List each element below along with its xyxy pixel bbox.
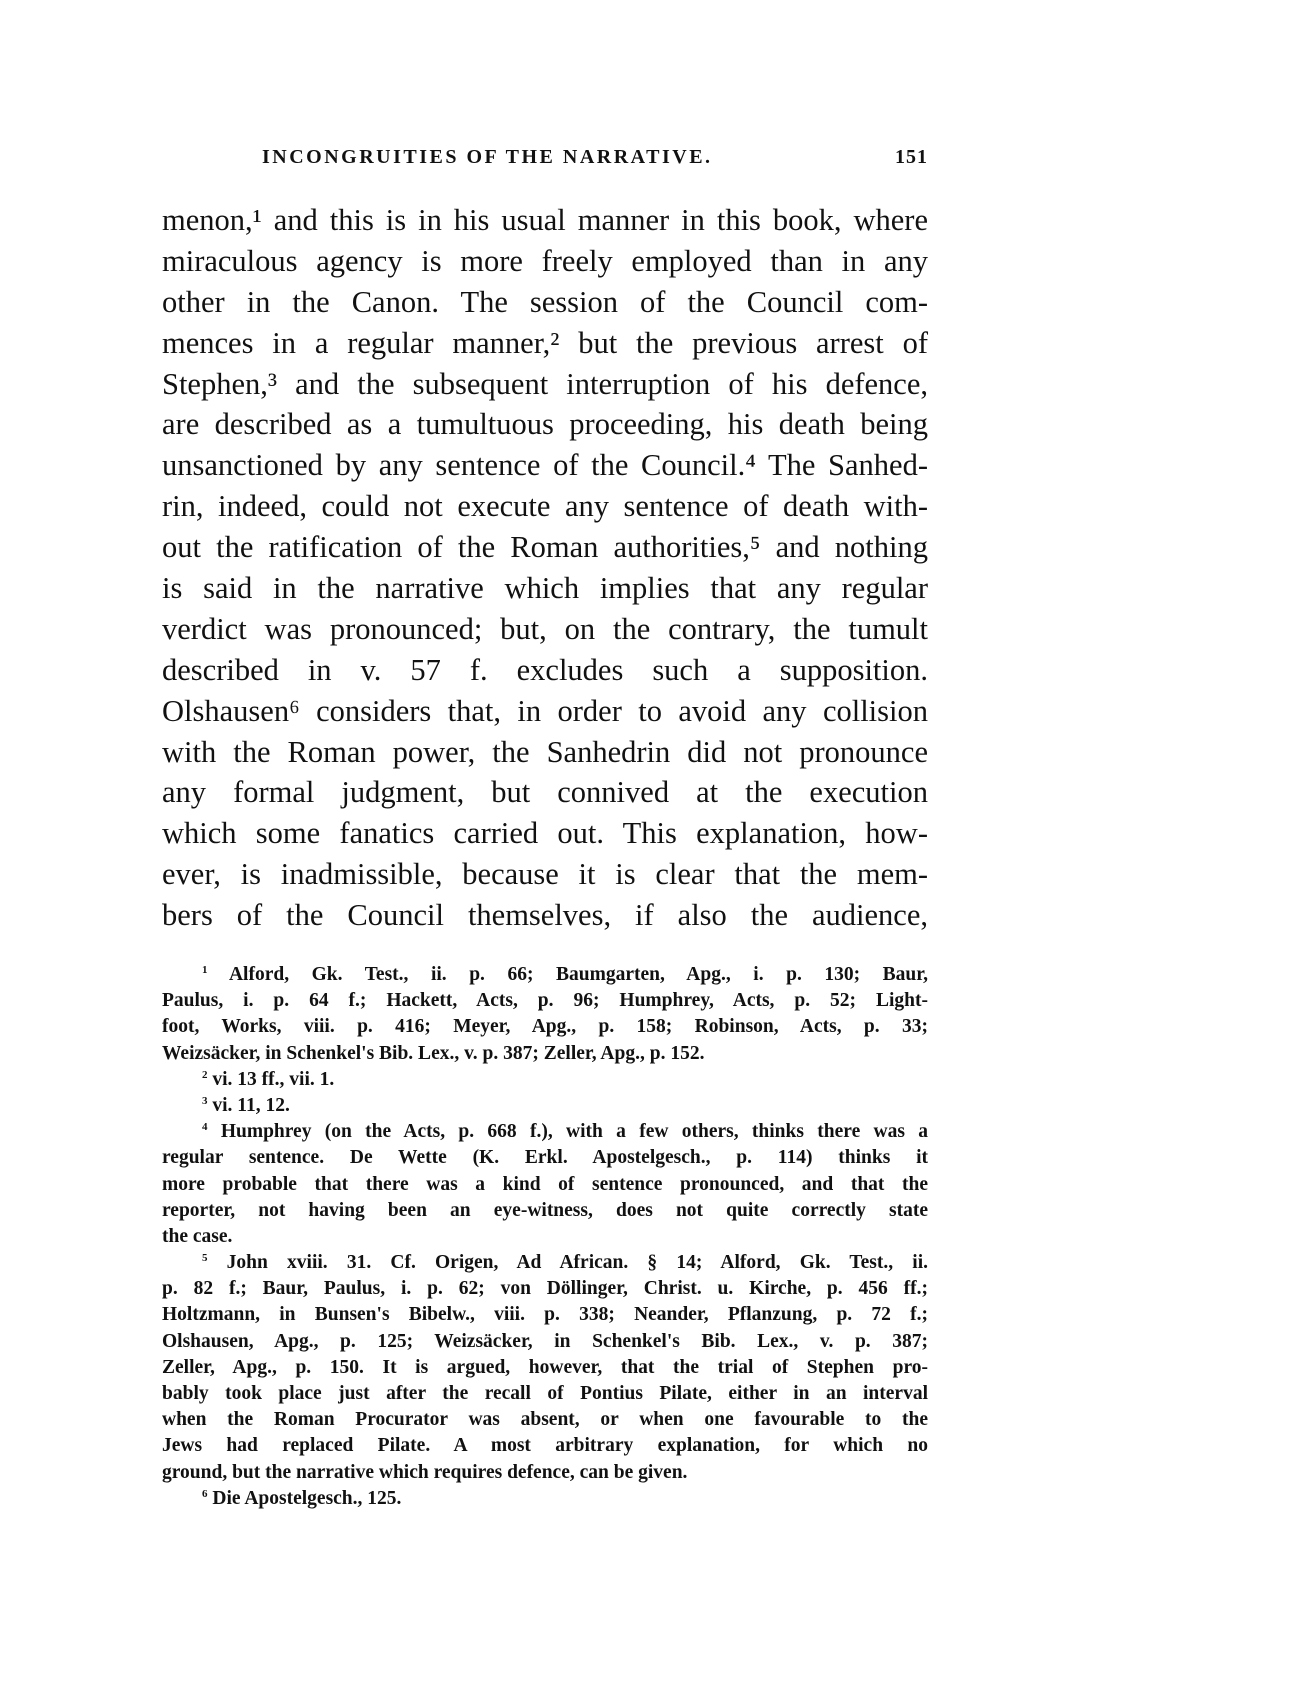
- footnote-line: 3 vi. 11, 12.: [162, 1093, 928, 1119]
- footnote-marker: 3: [202, 1095, 208, 1107]
- footnote-marker: 5: [202, 1252, 208, 1264]
- footnote-text: Alford, Gk. Test., ii. p. 66; Baumgarten…: [229, 964, 928, 985]
- footnote-line: bably took place just after the recall o…: [162, 1381, 928, 1407]
- text-line: menon,¹ and this is in his usual manner …: [162, 200, 928, 241]
- footnote-text: Humphrey (on the Acts, p. 668 f.), with …: [221, 1121, 928, 1142]
- footnote-2: 2 vi. 13 ff., vii. 1.: [162, 1067, 928, 1093]
- text-line: verdict was pronounced; but, on the cont…: [162, 609, 928, 650]
- text-line: rin, indeed, could not execute any sente…: [162, 486, 928, 527]
- footnote-marker: 4: [202, 1121, 208, 1133]
- text-line: which some fanatics carried out. This ex…: [162, 813, 928, 854]
- footnote-text: Die Apostelgesch., 125.: [212, 1488, 401, 1509]
- footnote-line: reporter, not having been an eye-witness…: [162, 1198, 928, 1224]
- footnote-line: 4 Humphrey (on the Acts, p. 668 f.), wit…: [162, 1119, 928, 1145]
- text-line: are described as a tumultuous proceeding…: [162, 404, 928, 445]
- page-number: 151: [895, 146, 928, 169]
- footnote-marker: 1: [202, 964, 208, 976]
- footnote-line: p. 82 f.; Baur, Paulus, i. p. 62; von Dö…: [162, 1276, 928, 1302]
- footnote-line: ground, but the narrative which requires…: [162, 1460, 928, 1486]
- footnote-line: when the Roman Procurator was absent, or…: [162, 1407, 928, 1433]
- footnote-text: John xviii. 31. Cf. Origen, Ad African. …: [227, 1252, 928, 1273]
- text-line: ever, is inadmissible, because it is cle…: [162, 854, 928, 895]
- footnote-line: more probable that there was a kind of s…: [162, 1172, 928, 1198]
- text-line: mences in a regular manner,² but the pre…: [162, 323, 928, 364]
- footnote-line: Zeller, Apg., p. 150. It is argued, howe…: [162, 1355, 928, 1381]
- footnote-line: the case.: [162, 1224, 928, 1250]
- footnotes: 1 Alford, Gk. Test., ii. p. 66; Baumgart…: [162, 962, 928, 1512]
- footnote-text: vi. 13 ff., vii. 1.: [212, 1069, 334, 1090]
- text-line: out the ratification of the Roman author…: [162, 527, 928, 568]
- footnote-line: Olshausen, Apg., p. 125; Weizsäcker, in …: [162, 1329, 928, 1355]
- footnote-text: vi. 11, 12.: [212, 1095, 289, 1116]
- main-text: menon,¹ and this is in his usual manner …: [162, 200, 928, 936]
- text-line: any formal judgment, but connived at the…: [162, 772, 928, 813]
- text-line: unsanctioned by any sentence of the Coun…: [162, 445, 928, 486]
- text-line: is said in the narrative which implies t…: [162, 568, 928, 609]
- footnote-3: 3 vi. 11, 12.: [162, 1093, 928, 1119]
- text-line: with the Roman power, the Sanhedrin did …: [162, 732, 928, 773]
- footnote-line: foot, Works, viii. p. 416; Meyer, Apg., …: [162, 1014, 928, 1040]
- footnote-5: 5 John xviii. 31. Cf. Origen, Ad African…: [162, 1250, 928, 1486]
- footnote-marker: 6: [202, 1488, 208, 1500]
- footnote-line: Jews had replaced Pilate. A most arbitra…: [162, 1433, 928, 1459]
- footnote-line: 1 Alford, Gk. Test., ii. p. 66; Baumgart…: [162, 962, 928, 988]
- footnote-1: 1 Alford, Gk. Test., ii. p. 66; Baumgart…: [162, 962, 928, 1067]
- footnote-marker: 2: [202, 1069, 208, 1081]
- text-line: miraculous agency is more freely employe…: [162, 241, 928, 282]
- text-line: Stephen,³ and the subsequent interruptio…: [162, 364, 928, 405]
- text-line: other in the Canon. The session of the C…: [162, 282, 928, 323]
- text-line: Olshausen⁶ considers that, in order to a…: [162, 691, 928, 732]
- footnote-6: 6 Die Apostelgesch., 125.: [162, 1486, 928, 1512]
- text-line: bers of the Council themselves, if also …: [162, 895, 928, 936]
- footnote-line: Weizsäcker, in Schenkel's Bib. Lex., v. …: [162, 1041, 928, 1067]
- footnote-line: 5 John xviii. 31. Cf. Origen, Ad African…: [162, 1250, 928, 1276]
- footnote-line: 2 vi. 13 ff., vii. 1.: [162, 1067, 928, 1093]
- running-head: INCONGRUITIES OF THE NARRATIVE. 151: [162, 146, 928, 176]
- footnote-line: Paulus, i. p. 64 f.; Hackett, Acts, p. 9…: [162, 988, 928, 1014]
- footnote-line: 6 Die Apostelgesch., 125.: [162, 1486, 928, 1512]
- footnote-line: regular sentence. De Wette (K. Erkl. Apo…: [162, 1145, 928, 1171]
- footnote-line: Holtzmann, in Bunsen's Bibelw., viii. p.…: [162, 1302, 928, 1328]
- text-line: described in v. 57 f. excludes such a su…: [162, 650, 928, 691]
- running-title: INCONGRUITIES OF THE NARRATIVE.: [262, 146, 713, 169]
- footnote-4: 4 Humphrey (on the Acts, p. 668 f.), wit…: [162, 1119, 928, 1250]
